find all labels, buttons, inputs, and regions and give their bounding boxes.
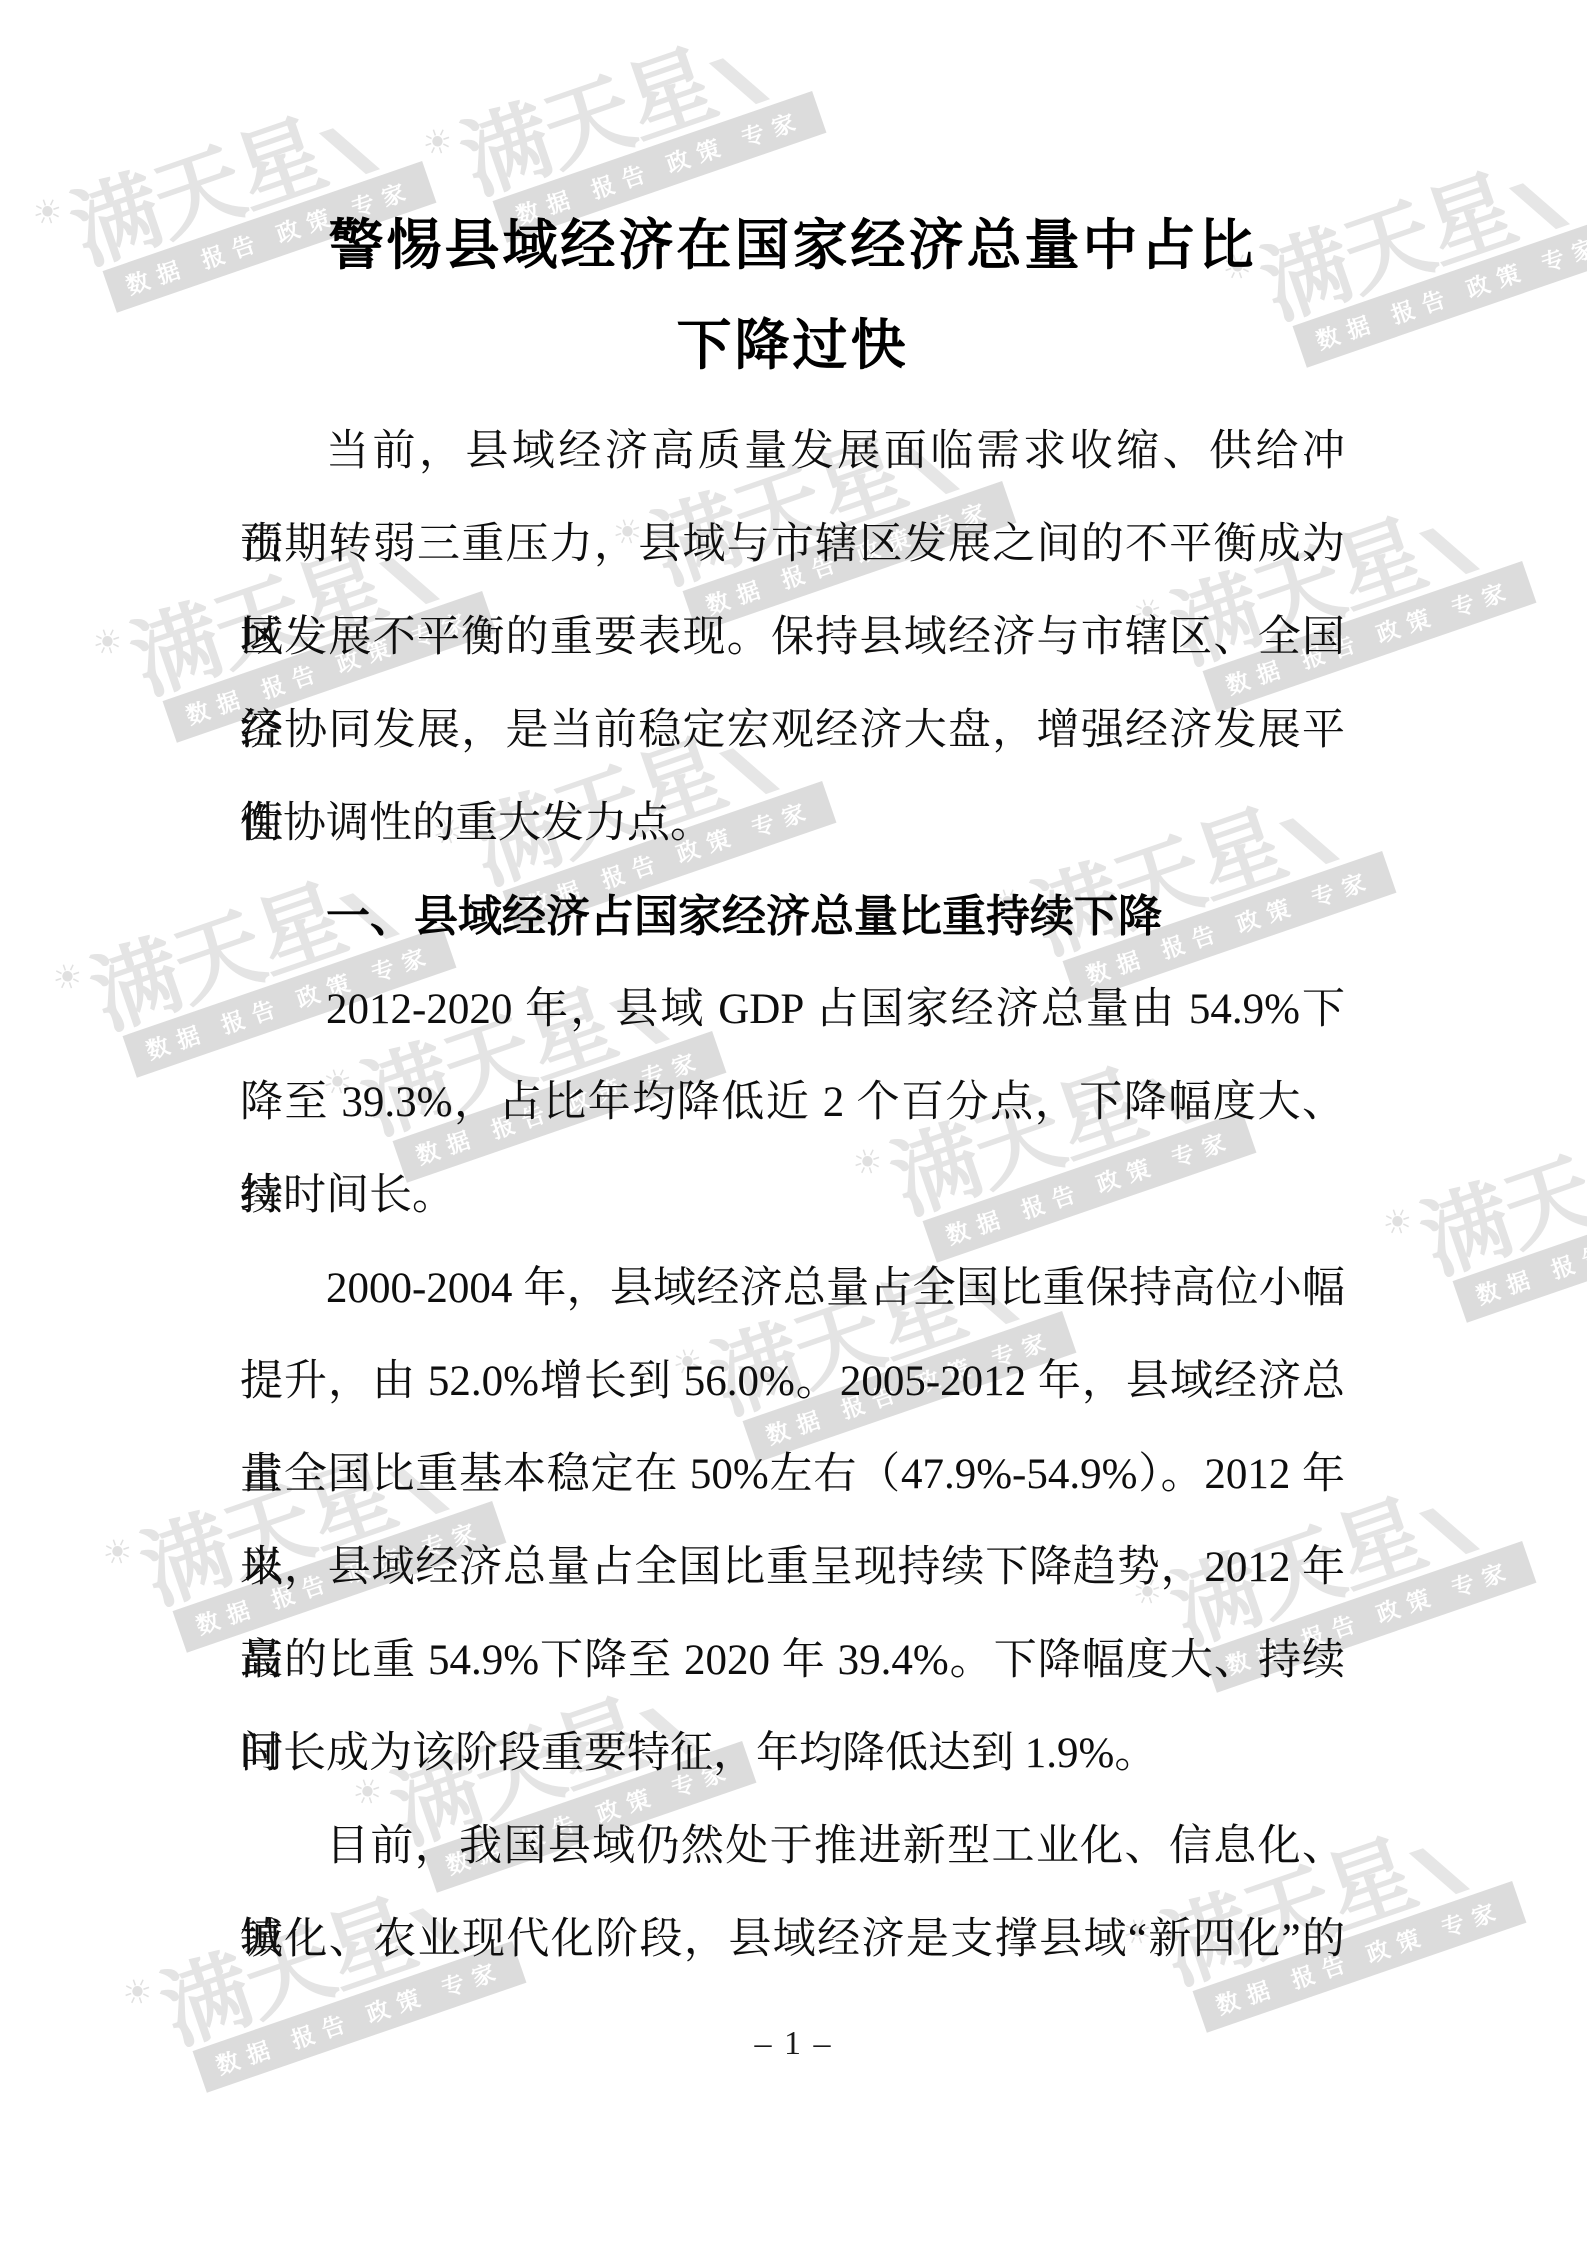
document-body: 当前，县域经济高质量发展面临需求收缩、供给冲击、预期转弱三重压力，县域与市辖区发… xyxy=(240,405,1345,1986)
body-line: 提升，由 52.0%增长到 56.0%。2005-2012 年，县域经济总量 xyxy=(240,1335,1345,1428)
page-number: – 1 – xyxy=(0,2024,1587,2064)
body-line: 域发展不平衡的重要表现。保持县域经济与市辖区、全国经 xyxy=(240,591,1345,684)
section-heading: 一、县域经济占国家经济总量比重持续下降 xyxy=(240,870,1345,963)
body-line: 镇化、农业现代化阶段，县域经济是支撑县域“新四化”的 xyxy=(240,1893,1345,1986)
body-line: 2012-2020 年，县域 GDP 占国家经济总量由 54.9%下 xyxy=(240,963,1345,1056)
body-line: 间长成为该阶段重要特征，年均降低达到 1.9%。 xyxy=(240,1707,1345,1800)
body-line: 性协调性的重大发力点。 xyxy=(240,777,1345,870)
document-title: 警惕县域经济在国家经济总量中占比 下降过快 xyxy=(240,196,1345,396)
body-line: 来，县域经济总量占全国比重呈现持续下降趋势，2012 年最 xyxy=(240,1521,1345,1614)
body-line: 2000-2004 年，县域经济总量占全国比重保持高位小幅 xyxy=(240,1242,1345,1335)
document-page: ☀满天星数据 报告 政策 专家☀满天星数据 报告 政策 专家☀满天星数据 报告 … xyxy=(0,0,1587,2244)
body-line: 占全国比重基本稳定在 50%左右（47.9%-54.9%）。2012 年以 xyxy=(240,1428,1345,1521)
document-content: 警惕县域经济在国家经济总量中占比 下降过快 当前，县域经济高质量发展面临需求收缩… xyxy=(0,0,1587,2244)
title-line-2: 下降过快 xyxy=(240,296,1345,396)
title-line-1: 警惕县域经济在国家经济总量中占比 xyxy=(240,196,1345,296)
body-line: 济协同发展，是当前稳定宏观经济大盘，增强经济发展平衡 xyxy=(240,684,1345,777)
body-line: 目前，我国县域仍然处于推进新型工业化、信息化、城 xyxy=(240,1800,1345,1893)
body-line: 预期转弱三重压力，县域与市辖区发展之间的不平衡成为区 xyxy=(240,498,1345,591)
body-line: 续时间长。 xyxy=(240,1149,1345,1242)
body-line: 当前，县域经济高质量发展面临需求收缩、供给冲击、 xyxy=(240,405,1345,498)
body-line: 降至 39.3%，占比年均降低近 2 个百分点，下降幅度大、持 xyxy=(240,1056,1345,1149)
body-line: 高的比重 54.9%下降至 2020 年 39.4%。下降幅度大、持续时 xyxy=(240,1614,1345,1707)
